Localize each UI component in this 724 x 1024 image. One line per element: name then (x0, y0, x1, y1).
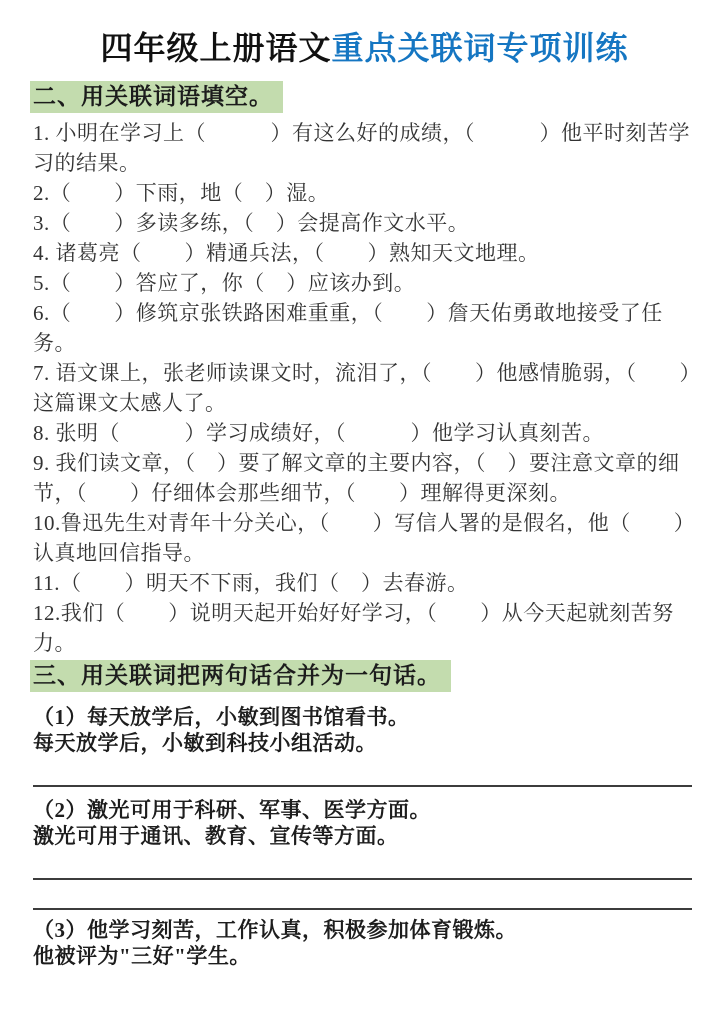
exercise-item-1: 1. 小明在学习上（ ）有这么好的成绩，（ ）他平时刻苦学习的结果。 (33, 118, 696, 178)
answer-line (33, 756, 692, 787)
exercise-item-9: 9. 我们读文章，（ ）要了解文章的主要内容，（ ）要注意文章的细节，（ ）仔细… (33, 448, 696, 508)
page-title: 四年级上册语文重点关联词专项训练 (33, 28, 696, 68)
exercise-item-8: 8. 张明（ ）学习成绩好，（ ）他学习认真刻苦。 (33, 418, 696, 448)
exercise-item-11: 11.（ ）明天不下雨，我们（ ）去春游。 (33, 568, 696, 598)
worksheet-page: 四年级上册语文重点关联词专项训练 二、用关联词语填空。 1. 小明在学习上（ ）… (0, 0, 724, 1024)
combine-problem-2: （2）激光可用于科研、军事、医学方面。 激光可用于通讯、教育、宣传等方面。 (33, 797, 696, 849)
section2-items: 1. 小明在学习上（ ）有这么好的成绩，（ ）他平时刻苦学习的结果。 2.（ ）… (33, 118, 696, 658)
exercise-item-6: 6.（ ）修筑京张铁路困难重重，（ ）詹天佑勇敢地接受了任务。 (33, 298, 696, 358)
title-black-part: 四年级上册语文 (100, 30, 331, 66)
exercise-item-10: 10.鲁迅先生对青年十分关心，（ ）写信人署的是假名，他（ ）认真地回信指导。 (33, 508, 696, 568)
title-blue-part: 重点关联词专项训练 (332, 30, 629, 66)
section3-heading: 三、用关联词把两句话合并为一句话。 (30, 660, 451, 692)
answer-line (33, 849, 692, 880)
problem-sentence-b: 他被评为"三好"学生。 (33, 943, 696, 969)
exercise-item-7: 7. 语文课上，张老师读课文时，流泪了，（ ）他感情脆弱，（ ）这篇课文太感人了… (33, 358, 696, 418)
exercise-item-12: 12.我们（ ）说明天起开始好好学习，（ ）从今天起就刻苦努力。 (33, 598, 696, 658)
exercise-item-4: 4. 诸葛亮（ ）精通兵法，（ ）熟知天文地理。 (33, 238, 696, 268)
answer-line (33, 880, 692, 910)
exercise-item-2: 2.（ ）下雨，地（ ）湿。 (33, 178, 696, 208)
exercise-item-3: 3.（ ）多读多练，（ ）会提高作文水平。 (33, 208, 696, 238)
problem-sentence-a: （2）激光可用于科研、军事、医学方面。 (33, 797, 696, 823)
combine-problem-3: （3）他学习刻苦，工作认真，积极参加体育锻炼。 他被评为"三好"学生。 (33, 917, 696, 969)
exercise-item-5: 5.（ ）答应了，你（ ）应该办到。 (33, 268, 696, 298)
problem-sentence-b: 每天放学后，小敏到科技小组活动。 (33, 730, 696, 756)
section2-heading: 二、用关联词语填空。 (30, 81, 283, 113)
combine-problem-1: （1）每天放学后，小敏到图书馆看书。 每天放学后，小敏到科技小组活动。 (33, 704, 696, 756)
problem-sentence-a: （1）每天放学后，小敏到图书馆看书。 (33, 704, 696, 730)
problem-sentence-b: 激光可用于通讯、教育、宣传等方面。 (33, 823, 696, 849)
problem-sentence-a: （3）他学习刻苦，工作认真，积极参加体育锻炼。 (33, 917, 696, 943)
